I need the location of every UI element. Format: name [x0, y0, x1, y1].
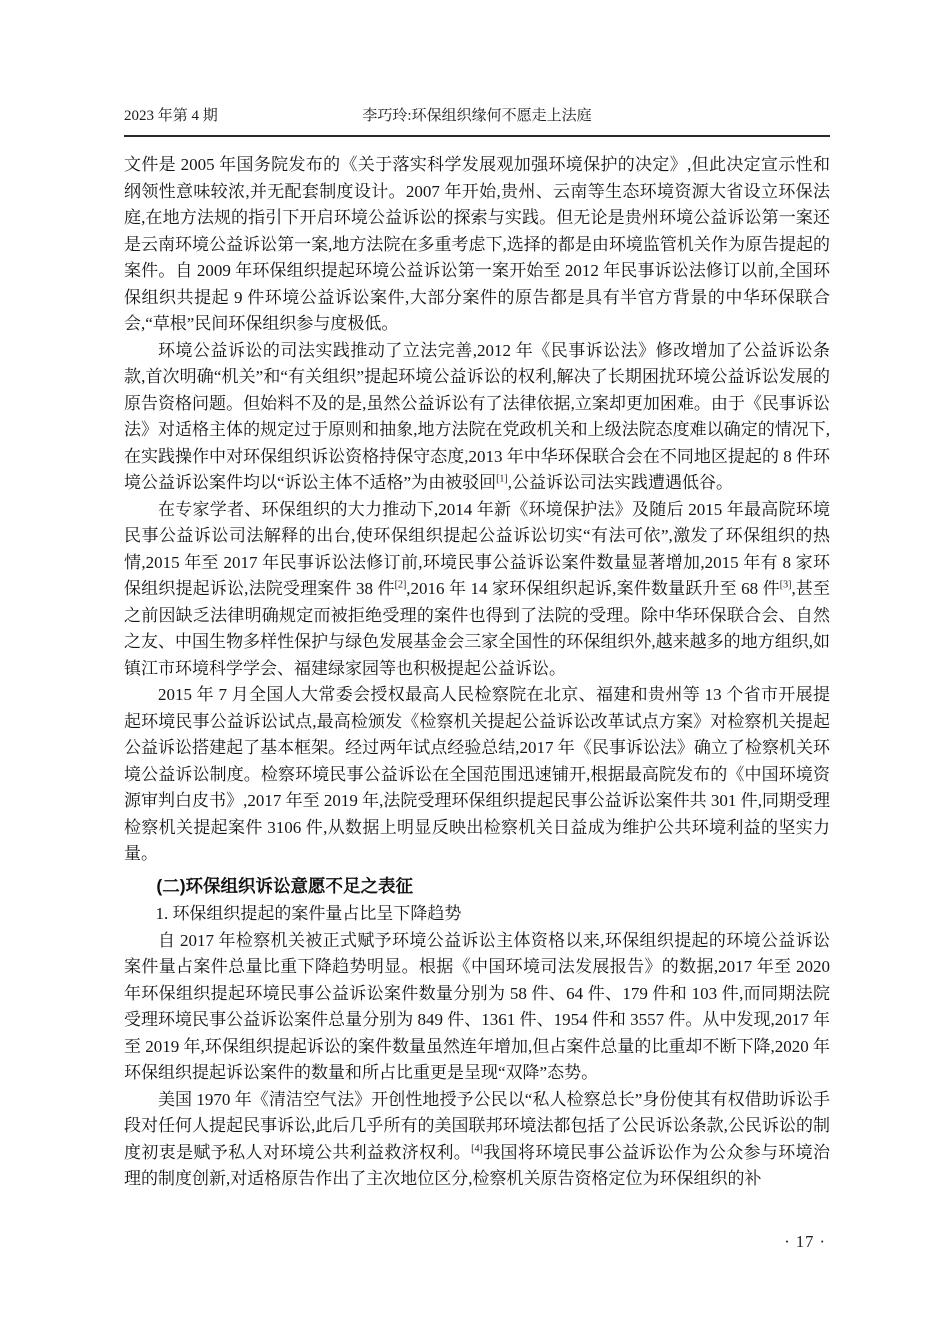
text-run: 自 2017 年检察机关被正式赋予环境公益诉讼主体资格以来,环保组织提起的环境公…: [124, 931, 830, 1083]
page-header: 2023 年第 4 期 李巧玲:环保组织缘何不愿走上法庭: [124, 106, 830, 126]
paragraph: 环境公益诉讼的司法实践推动了立法完善,2012 年《民事诉讼法》修改增加了公益诉…: [124, 338, 830, 497]
subsection-heading: 1. 环保组织提起的案件量占比呈下降趋势: [124, 901, 830, 928]
footnote-ref: [4]: [471, 1143, 483, 1154]
issue-label: 2023 年第 4 期: [124, 106, 218, 126]
paragraph: 自 2017 年检察机关被正式赋予环境公益诉讼主体资格以来,环保组织提起的环境公…: [124, 928, 830, 1087]
page-number: · 17 ·: [784, 1232, 826, 1252]
text-run: ,公益诉讼司法实践遭遇低谷。: [508, 473, 733, 492]
footnote-ref: [3]: [780, 579, 792, 590]
header-rule: [124, 135, 830, 137]
article-body: 文件是 2005 年国务院发布的《关于落实科学发展观加强环境保护的决定》,但此决…: [124, 152, 830, 1193]
section-heading: (二)环保组织诉讼意愿不足之表征: [124, 873, 830, 900]
text-run: 文件是 2005 年国务院发布的《关于落实科学发展观加强环境保护的决定》,但此决…: [124, 155, 830, 333]
text-run: 2015 年 7 月全国人大常委会授权最高人民检察院在北京、福建和贵州等 13 …: [124, 685, 830, 863]
text-run: ,2016 年 14 家环保组织起诉,案件数量跃升至 68 件: [406, 579, 779, 598]
paragraph: 文件是 2005 年国务院发布的《关于落实科学发展观加强环境保护的决定》,但此决…: [124, 152, 830, 338]
footnote-ref: [1]: [496, 473, 508, 484]
footnote-ref: [2]: [395, 579, 407, 590]
text-run: 环境公益诉讼的司法实践推动了立法完善,2012 年《民事诉讼法》修改增加了公益诉…: [124, 341, 830, 493]
paragraph: 2015 年 7 月全国人大常委会授权最高人民检察院在北京、福建和贵州等 13 …: [124, 682, 830, 868]
paragraph: 在专家学者、环保组织的大力推动下,2014 年新《环境保护法》及随后 2015 …: [124, 497, 830, 683]
document-page: 2023 年第 4 期 李巧玲:环保组织缘何不愿走上法庭 文件是 2005 年国…: [0, 0, 950, 1333]
running-title: 李巧玲:环保组织缘何不愿走上法庭: [362, 106, 591, 126]
paragraph: 美国 1970 年《清洁空气法》开创性地授予公民以“私人检察总长”身份使其有权借…: [124, 1087, 830, 1193]
